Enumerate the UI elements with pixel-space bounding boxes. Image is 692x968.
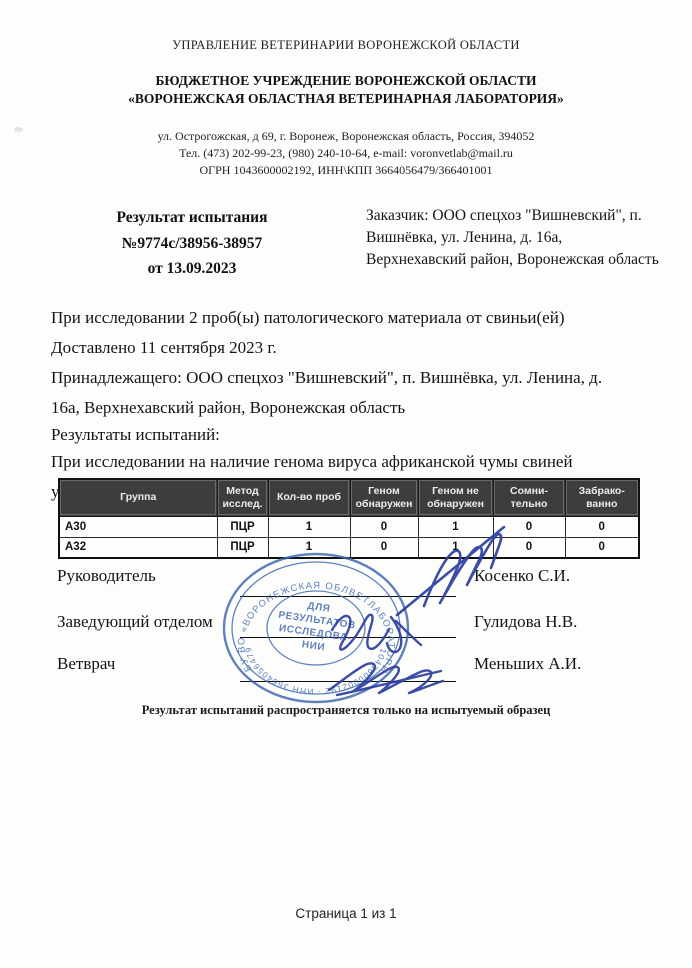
signature-ink-head-of-department: [332, 615, 421, 652]
organization-line1: БЮДЖЕТНОЕ УЧРЕЖДЕНИЕ ВОРОНЕЖСКОЙ ОБЛАСТИ: [0, 72, 692, 90]
signature-ink-vet: [329, 663, 443, 695]
signature-role-head-of-department: Заведующий отделом: [57, 612, 213, 632]
footer-disclaimer: Результат испытаний распространяется тол…: [0, 703, 692, 718]
org-address: ул. Острогожская, д 69, г. Воронеж, Воро…: [0, 128, 692, 145]
paragraph-owner: Принадлежащего: ООО спецхоз "Вишневский"…: [51, 363, 606, 423]
stamp-center-line4: НИИ: [301, 639, 326, 653]
signature-name-head-of-department: Гулидова Н.В.: [474, 612, 577, 632]
paragraph-samples: При исследовании 2 проб(ы) патологическо…: [51, 303, 651, 333]
cell-doubtful: 0: [493, 516, 565, 537]
org-phone-email: Тел. (473) 202-99-23, (980) 240-10-64, e…: [0, 145, 692, 162]
cell-group: А30: [59, 516, 217, 537]
cell-rejected: 0: [565, 516, 639, 537]
col-header-rejected: Забрако-ванно: [565, 479, 639, 516]
org-contacts-block: ул. Острогожская, д 69, г. Воронеж, Воро…: [0, 128, 692, 178]
col-header-genome-not-found: Геном не обнаружен: [418, 479, 493, 516]
cell-doubtful: 0: [493, 537, 565, 558]
col-header-doubtful: Сомни-тельно: [493, 479, 565, 516]
signature-line: [240, 681, 456, 682]
stamp-inner-ring-numbers: 1043600002192 · ИНН 3664056479: [243, 646, 389, 697]
cell-method: ПЦР: [217, 537, 268, 558]
col-header-method: Метод исслед.: [217, 479, 268, 516]
cell-sample-count: 1: [268, 516, 350, 537]
cell-genome-found: 0: [350, 537, 418, 558]
result-header-row: Результат испытания №9774с/38956-38957 о…: [58, 205, 662, 282]
cell-group: А32: [59, 537, 217, 558]
result-title: Результат испытания: [58, 205, 326, 231]
signature-name-director: Косенко С.И.: [474, 566, 570, 586]
department-title: УПРАВЛЕНИЕ ВЕТЕРИНАРИИ ВОРОНЕЖСКОЙ ОБЛАС…: [0, 38, 692, 53]
cell-rejected: 0: [565, 537, 639, 558]
result-date: от 13.09.2023: [58, 256, 326, 282]
svg-text:1043600002192 · ИНН 3664056479: 1043600002192 · ИНН 3664056479: [243, 646, 389, 697]
cell-sample-count: 1: [268, 537, 350, 558]
signature-role-director: Руководитель: [57, 566, 156, 586]
organization-line2: «ВОРОНЕЖСКАЯ ОБЛАСТНАЯ ВЕТЕРИНАРНАЯ ЛАБО…: [0, 90, 692, 108]
signature-line: [240, 596, 456, 597]
scan-artifact: [14, 127, 23, 132]
page-number: Страница 1 из 1: [0, 906, 692, 921]
organization-name: БЮДЖЕТНОЕ УЧРЕЖДЕНИЕ ВОРОНЕЖСКОЙ ОБЛАСТИ…: [0, 72, 692, 108]
customer-block: Заказчик: ООО спецхоз "Вишневский", п. В…: [366, 205, 661, 282]
table-row: А32 ПЦР 1 0 1 0 0: [59, 537, 639, 558]
table-header-row: Группа Метод исслед. Кол-во проб Геном о…: [59, 479, 639, 516]
table-row: А30 ПЦР 1 0 1 0 0: [59, 516, 639, 537]
cell-method: ПЦР: [217, 516, 268, 537]
results-table: Группа Метод исслед. Кол-во проб Геном о…: [58, 478, 640, 559]
paragraph-results-label: Результаты испытаний:: [51, 420, 651, 450]
result-title-block: Результат испытания №9774с/38956-38957 о…: [58, 205, 326, 282]
stamp-center-line2: РЕЗУЛЬТАТОВ: [278, 610, 357, 632]
result-number: №9774с/38956-38957: [58, 231, 326, 257]
cell-genome-not-found: 1: [418, 537, 493, 558]
signature-name-vet: Меньших А.И.: [474, 654, 581, 674]
paragraph-delivered: Доставлено 11 сентября 2023 г.: [51, 333, 651, 363]
cell-genome-not-found: 1: [418, 516, 493, 537]
cell-genome-found: 0: [350, 516, 418, 537]
col-header-group: Группа: [59, 479, 217, 516]
col-header-genome-found: Геном обнаружен: [350, 479, 418, 516]
signature-line: [240, 637, 456, 638]
stamp-center-line1: ДЛЯ: [307, 601, 331, 615]
stamp-center-line3: ИССЛЕДОВА-: [278, 623, 352, 644]
col-header-sample-count: Кол-во проб: [268, 479, 350, 516]
document-page: УПРАВЛЕНИЕ ВЕТЕРИНАРИИ ВОРОНЕЖСКОЙ ОБЛАС…: [0, 0, 692, 968]
org-registration: ОГРН 1043600002192, ИНН\КПП 3664056479/3…: [0, 162, 692, 179]
signature-role-vet: Ветврач: [57, 654, 115, 674]
